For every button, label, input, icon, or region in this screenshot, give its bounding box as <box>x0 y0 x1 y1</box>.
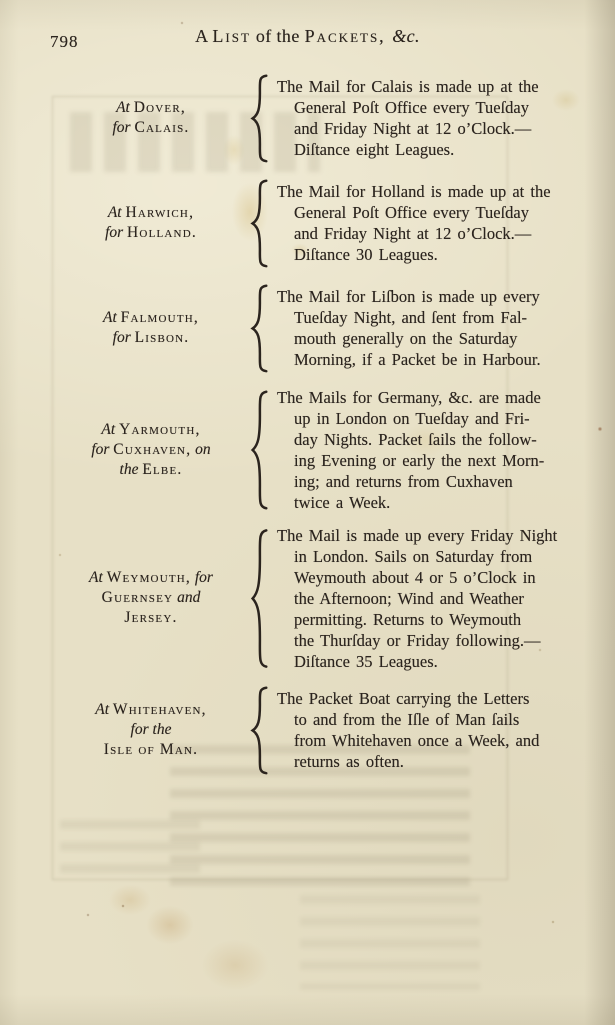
page-header: 798 A List of the Packets, &c. <box>0 26 615 56</box>
bleedthrough-text-texture <box>60 820 200 880</box>
brace-icon <box>249 178 269 269</box>
packet-entry-harwich-holland: At Harwich, for Holland. The Mail for Ho… <box>53 177 585 270</box>
brace-icon <box>249 526 269 671</box>
packet-description: The Mail is made up every Friday Night i… <box>277 525 585 672</box>
station-label: At Harwich, for Holland. <box>53 203 249 243</box>
station-label: At Falmouth, for Lisbon. <box>53 308 249 348</box>
packet-entry-weymouth-guernsey-jersey: At Weymouth, for Guernsey and Jersey. Th… <box>53 525 585 672</box>
packet-entry-dover-calais: At Dover, for Calais. The Mail for Calai… <box>53 72 585 165</box>
packet-entry-whitehaven-isle-of-man: At Whitehaven, for the Isle of Man. The … <box>53 684 585 777</box>
station-label: At Weymouth, for Guernsey and Jersey. <box>53 568 249 628</box>
bleedthrough-text-texture <box>300 895 480 990</box>
brace-icon <box>249 73 269 164</box>
packet-entry-falmouth-lisbon: At Falmouth, for Lisbon. The Mail for Li… <box>53 282 585 375</box>
page-title: A List of the Packets, &c. <box>0 26 615 47</box>
packet-entry-yarmouth-cuxhaven: At Yarmouth, for Cuxhaven, on the Elbe. … <box>53 387 585 513</box>
station-label: At Yarmouth, for Cuxhaven, on the Elbe. <box>53 420 249 480</box>
packet-description: The Mail for Calais is made up at the Ge… <box>277 76 585 160</box>
book-page: 798 A List of the Packets, &c. At Dover,… <box>0 0 615 1025</box>
packet-list: At Dover, for Calais. The Mail for Calai… <box>53 72 585 777</box>
brace-icon <box>249 685 269 776</box>
station-label: At Dover, for Calais. <box>53 98 249 138</box>
packet-description: The Mail for Holland is made up at the G… <box>277 181 585 265</box>
packet-description: The Mails for Germany, &c. are made up i… <box>277 387 585 513</box>
packet-description: The Mail for Liſbon is made up every Tue… <box>277 286 585 370</box>
brace-icon <box>249 388 269 512</box>
brace-icon <box>249 283 269 374</box>
packet-description: The Packet Boat carrying the Letters to … <box>277 688 585 772</box>
page-number: 798 <box>50 32 79 52</box>
station-label: At Whitehaven, for the Isle of Man. <box>53 700 249 760</box>
